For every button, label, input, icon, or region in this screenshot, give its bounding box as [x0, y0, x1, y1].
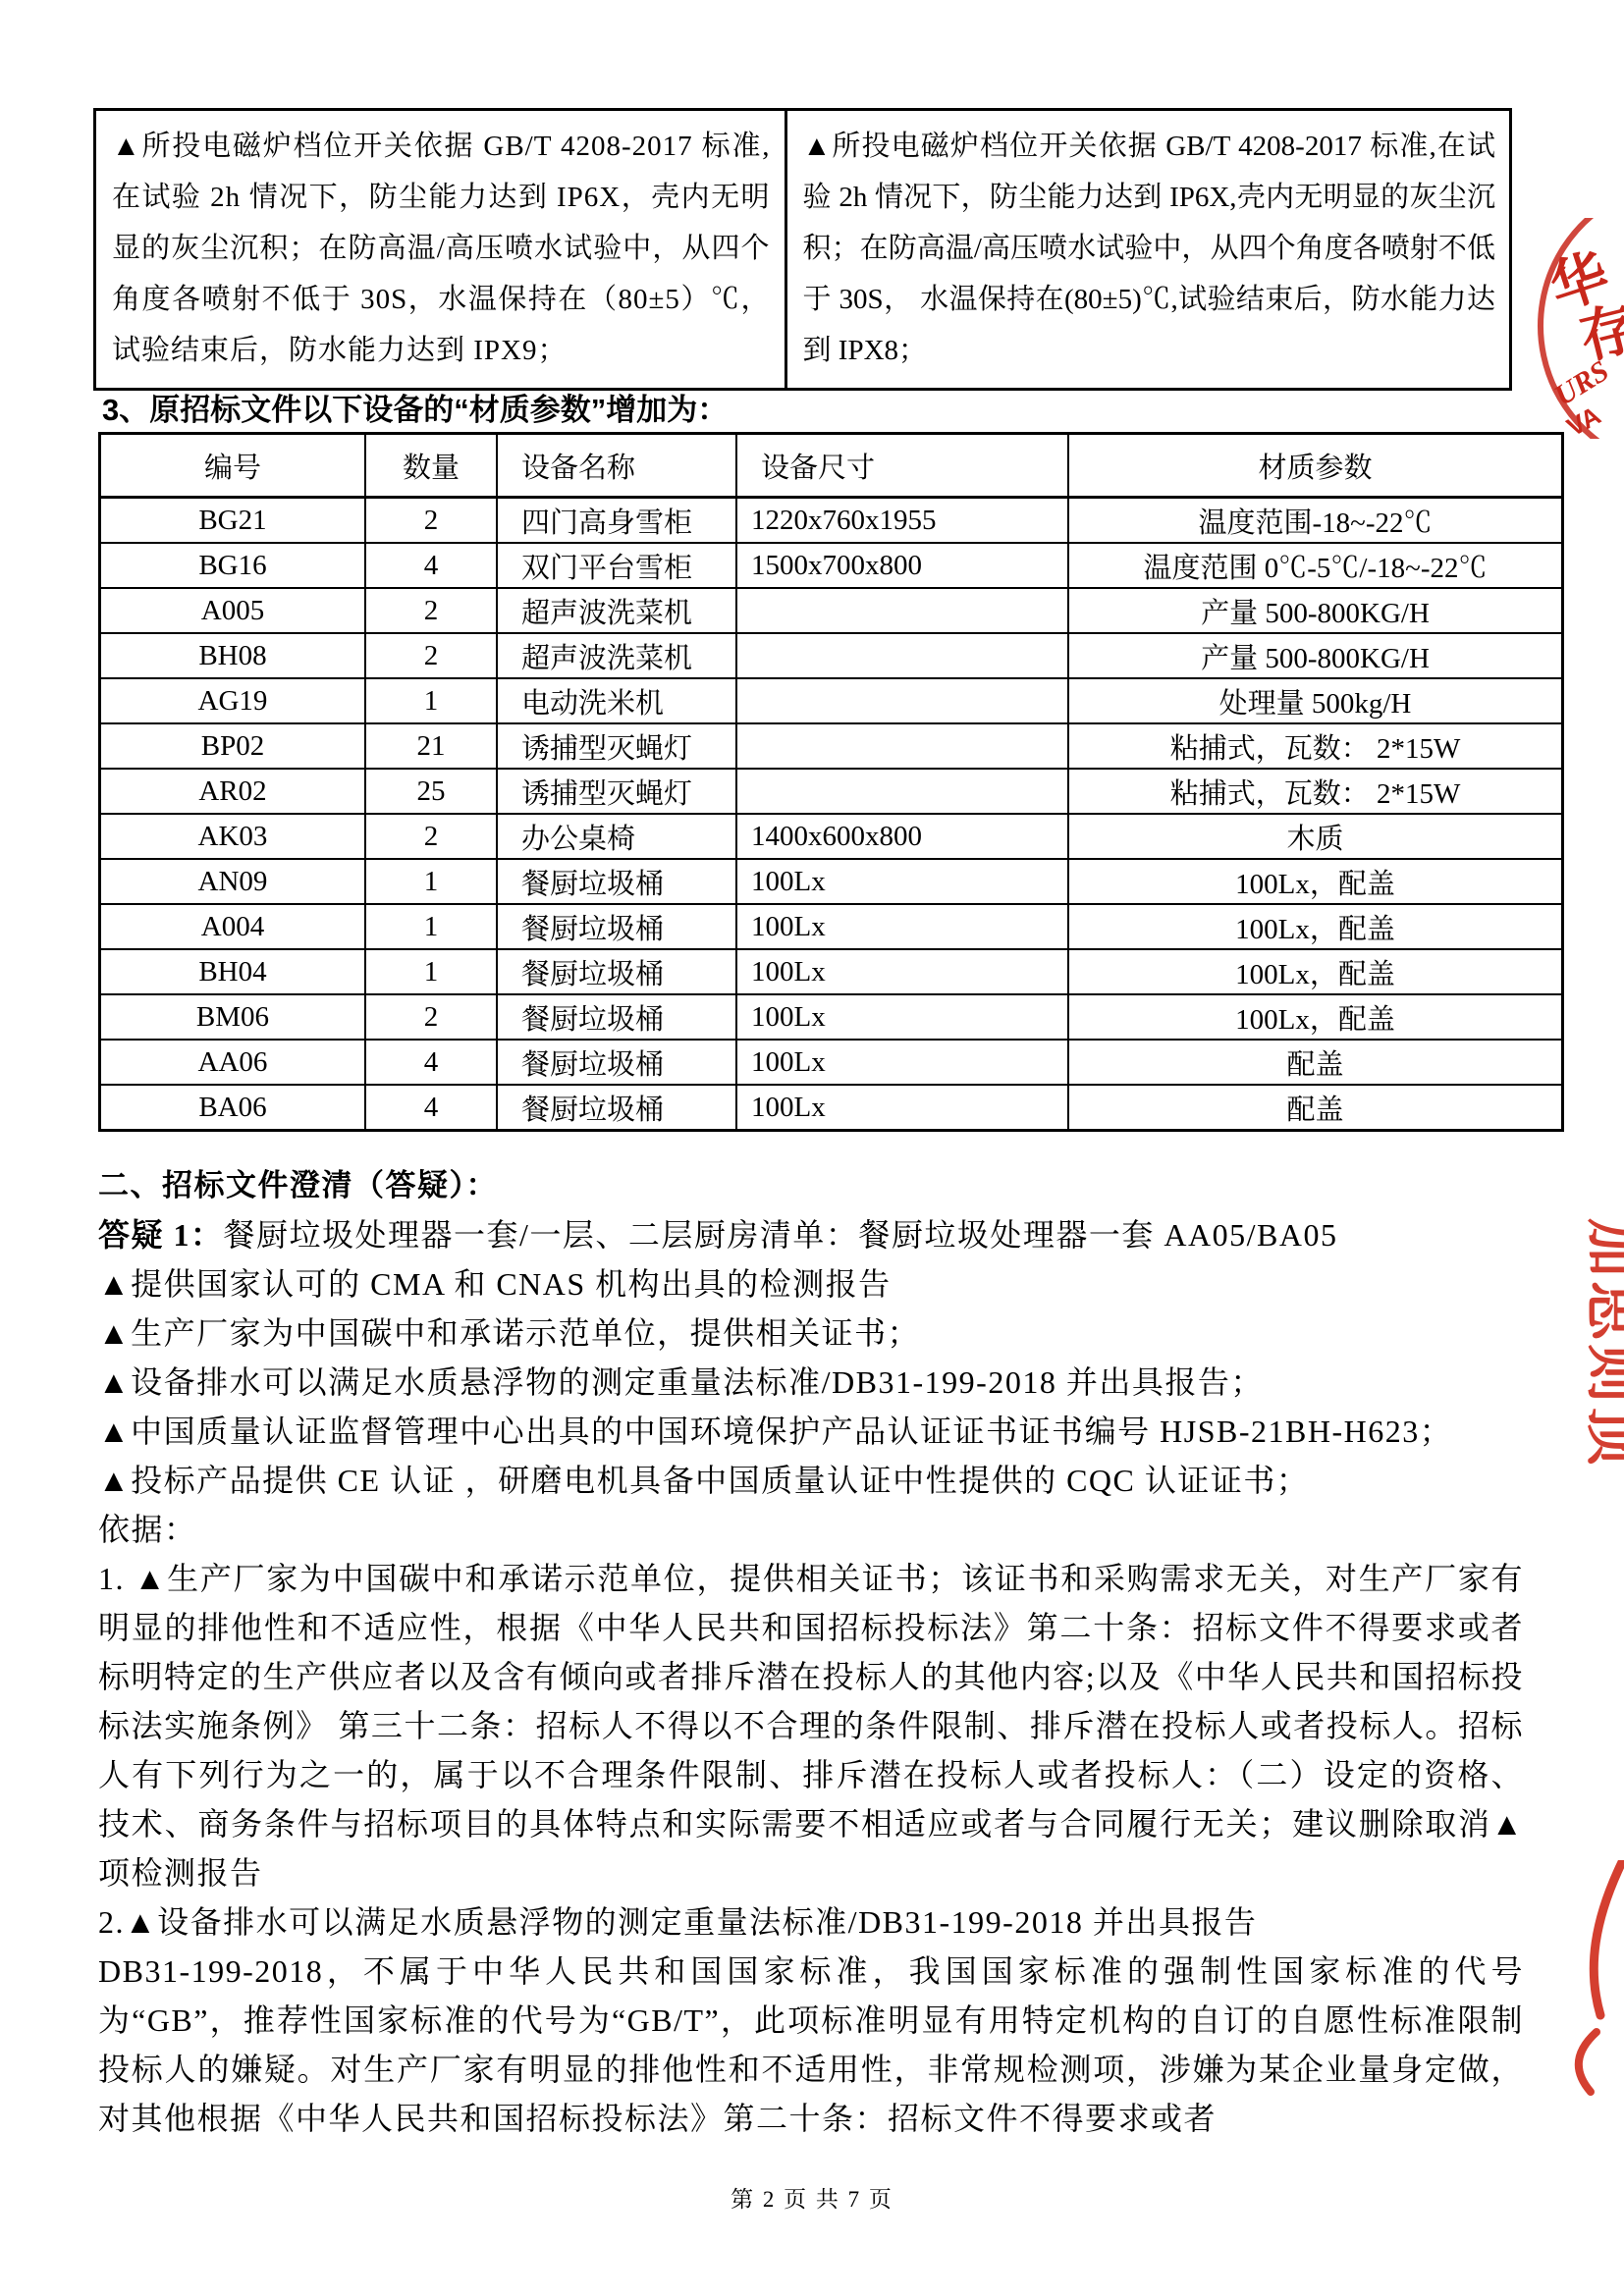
bullet-list: ▲提供国家认可的 CMA 和 CNAS 机构出具的检测报告▲生产厂家为中国碳中和… [98, 1259, 1524, 1505]
spec-comparison-table: ▲所投电磁炉档位开关依据 GB/T 4208-2017 标准,在试验 2h 情况… [93, 108, 1512, 391]
table-cell: AA06 [100, 1040, 366, 1085]
table-cell: 产量 500-800KG/H [1068, 633, 1563, 678]
spec-cell-right: ▲所投电磁炉档位开关依据 GB/T 4208-2017 标准,在试验 2h 情况… [787, 111, 1509, 388]
section3-heading: 3、原招标文件以下设备的“材质参数”增加为： [102, 385, 728, 429]
answer1-line: 答疑 1：餐厨垃圾处理器一套/一层、二层厨房清单：餐厨垃圾处理器一套 AA05/… [98, 1210, 1524, 1259]
table-cell: 1 [365, 949, 497, 994]
table-cell: 餐厨垃圾桶 [497, 949, 736, 994]
table-cell: 配盖 [1068, 1085, 1563, 1131]
bullet-line: ▲中国质量认证监督管理中心出具的中国环境保护产品认证证书证书编号 HJSB-21… [98, 1407, 1524, 1456]
stamp-character: 则 [1576, 1344, 1624, 1403]
table-cell: 粘捕式，瓦数： 2*15W [1068, 769, 1563, 814]
equipment-table-body: BG212四门高身雪柜1220x760x1955温度范围-18~-22℃BG16… [100, 498, 1563, 1131]
argument-paragraph-1: 1. ▲生产厂家为中国碳中和承诺示范单位，提供相关证书；该证书和采购需求无关，对… [98, 1554, 1524, 1897]
header-cell-code: 编号 [100, 434, 366, 498]
table-cell: BH08 [100, 633, 366, 678]
page-number: 第 2 页 共 7 页 [0, 2181, 1624, 2214]
bullet-line: ▲生产厂家为中国碳中和承诺示范单位，提供相关证书； [98, 1308, 1524, 1358]
table-cell: 超声波洗菜机 [497, 633, 736, 678]
red-stroke-icon [1557, 1860, 1624, 2096]
table-cell: 100Lx [736, 904, 1068, 949]
table-row: BG212四门高身雪柜1220x760x1955温度范围-18~-22℃ [100, 498, 1563, 544]
bullet-line: ▲设备排水可以满足水质悬浮物的测定重量法标准/DB31-199-2018 并出具… [98, 1358, 1524, 1407]
table-row: AR0225诱捕型灭蝇灯粘捕式，瓦数： 2*15W [100, 769, 1563, 814]
basis-label: 依据： [98, 1505, 1524, 1554]
table-cell: 100Lx，配盖 [1068, 904, 1563, 949]
table-cell: 产量 500-800KG/H [1068, 588, 1563, 633]
table-cell [736, 588, 1068, 633]
table-cell: 双门平台雪柜 [497, 543, 736, 588]
table-cell [736, 769, 1068, 814]
header-cell-qty: 数量 [365, 434, 497, 498]
table-cell: 4 [365, 1040, 497, 1085]
red-side-stamp: 加思则顶 [1575, 1205, 1624, 1470]
table-cell: BH04 [100, 949, 366, 994]
table-cell: 100Lx [736, 994, 1068, 1040]
table-cell: 4 [365, 1085, 497, 1131]
table-cell: 2 [365, 814, 497, 859]
spec-cell-left: ▲所投电磁炉档位开关依据 GB/T 4208-2017 标准,在试验 2h 情况… [96, 111, 787, 388]
header-cell-size: 设备尺寸 [736, 434, 1068, 498]
table-cell: 1220x760x1955 [736, 498, 1068, 544]
table-cell: 餐厨垃圾桶 [497, 859, 736, 904]
table-row: AG191电动洗米机处理量 500kg/H [100, 678, 1563, 723]
answer1-text: 餐厨垃圾处理器一套/一层、二层厨房清单：餐厨垃圾处理器一套 AA05/BA05 [224, 1217, 1338, 1253]
table-cell: 温度范围 0℃-5℃/-18~-22℃ [1068, 543, 1563, 588]
table-row: AN091餐厨垃圾桶100Lx100Lx，配盖 [100, 859, 1563, 904]
table-cell: 100Lx [736, 949, 1068, 994]
table-cell: 诱捕型灭蝇灯 [497, 769, 736, 814]
table-cell: 2 [365, 498, 497, 544]
stamp-character: 思 [1576, 1281, 1624, 1340]
table-row: A0052超声波洗菜机产量 500-800KG/H [100, 588, 1563, 633]
table-cell: 2 [365, 994, 497, 1040]
table-cell: AK03 [100, 814, 366, 859]
table-cell: BG21 [100, 498, 366, 544]
table-cell: 配盖 [1068, 1040, 1563, 1085]
table-cell: 粘捕式，瓦数： 2*15W [1068, 723, 1563, 769]
table-cell: 100Lx [736, 859, 1068, 904]
table-cell: 餐厨垃圾桶 [497, 1085, 736, 1131]
table-cell: BM06 [100, 994, 366, 1040]
table-row: A0041餐厨垃圾桶100Lx100Lx，配盖 [100, 904, 1563, 949]
table-cell: 餐厨垃圾桶 [497, 904, 736, 949]
table-cell: 100Lx，配盖 [1068, 949, 1563, 994]
table-row: BG164双门平台雪柜1500x700x800温度范围 0℃-5℃/-18~-2… [100, 543, 1563, 588]
table-cell: BP02 [100, 723, 366, 769]
table-cell: 木质 [1068, 814, 1563, 859]
stamp-character: 加 [1576, 1218, 1624, 1277]
table-cell: 100Lx [736, 1085, 1068, 1131]
equipment-table-header: 编号 数量 设备名称 设备尺寸 材质参数 [100, 434, 1563, 498]
document-page: ▲所投电磁炉档位开关依据 GB/T 4208-2017 标准,在试验 2h 情况… [0, 0, 1624, 2296]
table-cell: 温度范围-18~-22℃ [1068, 498, 1563, 544]
table-cell: 100Lx [736, 1040, 1068, 1085]
table-cell: 100Lx，配盖 [1068, 994, 1563, 1040]
red-seal-stamp: 华 存 URS VA [1528, 218, 1624, 439]
table-cell [736, 633, 1068, 678]
argument-paragraph-2: 2.▲设备排水可以满足水质悬浮物的测定重量法标准/DB31-199-2018 并… [98, 1897, 1524, 1947]
table-row: BM062餐厨垃圾桶100Lx100Lx，配盖 [100, 994, 1563, 1040]
table-cell: 1500x700x800 [736, 543, 1068, 588]
table-row: BA064餐厨垃圾桶100Lx配盖 [100, 1085, 1563, 1131]
table-row: BP0221诱捕型灭蝇灯粘捕式，瓦数： 2*15W [100, 723, 1563, 769]
table-cell: A004 [100, 904, 366, 949]
header-row: 编号 数量 设备名称 设备尺寸 材质参数 [100, 434, 1563, 498]
answer1-label: 答疑 1： [98, 1217, 224, 1253]
table-cell [736, 723, 1068, 769]
table-cell: 4 [365, 543, 497, 588]
table-cell: A005 [100, 588, 366, 633]
table-cell: 100Lx，配盖 [1068, 859, 1563, 904]
bullet-line: ▲投标产品提供 CE 认证 ，研磨电机具备中国质量认证中性提供的 CQC 认证证… [98, 1456, 1524, 1505]
table-cell: 2 [365, 588, 497, 633]
table-cell: 处理量 500kg/H [1068, 678, 1563, 723]
section2-heading: 二、招标文件澄清（答疑）： [98, 1161, 1524, 1210]
table-cell: 餐厨垃圾桶 [497, 994, 736, 1040]
table-row: AK032办公桌椅1400x600x800木质 [100, 814, 1563, 859]
table-row: BH041餐厨垃圾桶100Lx100Lx，配盖 [100, 949, 1563, 994]
clarification-section: 二、招标文件澄清（答疑）： 答疑 1：餐厨垃圾处理器一套/一层、二层厨房清单：餐… [98, 1161, 1524, 2143]
table-cell: 四门高身雪柜 [497, 498, 736, 544]
bullet-line: ▲提供国家认可的 CMA 和 CNAS 机构出具的检测报告 [98, 1259, 1524, 1308]
table-cell: AN09 [100, 859, 366, 904]
table-cell: 2 [365, 633, 497, 678]
table-cell: 电动洗米机 [497, 678, 736, 723]
table-cell: 1400x600x800 [736, 814, 1068, 859]
table-cell: 1 [365, 678, 497, 723]
table-cell: AR02 [100, 769, 366, 814]
equipment-table: 编号 数量 设备名称 设备尺寸 材质参数 BG212四门高身雪柜1220x760… [98, 432, 1564, 1132]
table-cell [736, 678, 1068, 723]
table-cell: 1 [365, 904, 497, 949]
table-cell: AG19 [100, 678, 366, 723]
table-cell: 1 [365, 859, 497, 904]
table-row: BH082超声波洗菜机产量 500-800KG/H [100, 633, 1563, 678]
table-cell: 餐厨垃圾桶 [497, 1040, 736, 1085]
table-row: AA064餐厨垃圾桶100Lx配盖 [100, 1040, 1563, 1085]
table-cell: BA06 [100, 1085, 366, 1131]
header-cell-material: 材质参数 [1068, 434, 1563, 498]
table-cell: 办公桌椅 [497, 814, 736, 859]
table-cell: 超声波洗菜机 [497, 588, 736, 633]
table-cell: 25 [365, 769, 497, 814]
table-cell: BG16 [100, 543, 366, 588]
header-cell-name: 设备名称 [497, 434, 736, 498]
argument-paragraph-3: DB31-199-2018，不属于中华人民共和国国家标准，我国国家标准的强制性国… [98, 1947, 1524, 2143]
stamp-character: 顶 [1576, 1407, 1624, 1466]
table-cell: 诱捕型灭蝇灯 [497, 723, 736, 769]
red-stroke-stamp [1557, 1860, 1624, 2101]
table-cell: 21 [365, 723, 497, 769]
